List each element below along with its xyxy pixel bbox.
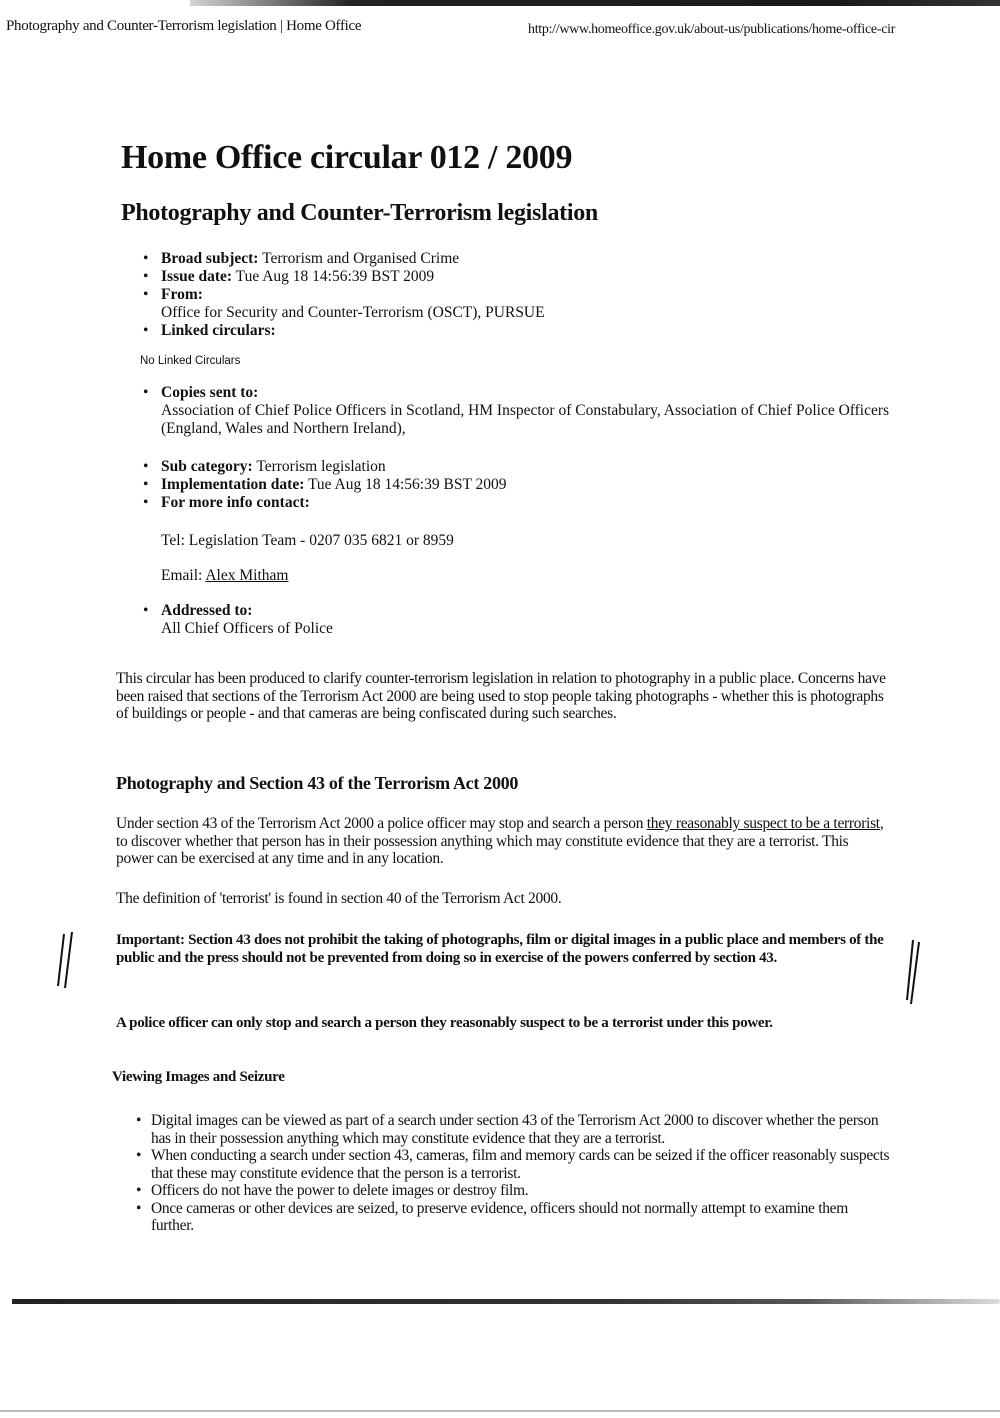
meta-label: Linked circulars: bbox=[161, 322, 276, 339]
meta-value: Terrorism legislation bbox=[256, 458, 385, 475]
meta-value: Office for Security and Counter-Terroris… bbox=[161, 304, 900, 322]
print-header-title: Photography and Counter-Terrorism legisl… bbox=[6, 18, 361, 35]
meta-more-info: For more info contact: bbox=[140, 494, 900, 512]
email-link[interactable]: Alex Mitham bbox=[205, 567, 288, 584]
meta-label: Broad subject: bbox=[161, 250, 258, 267]
important-notice: Important: Section 43 does not prohibit … bbox=[116, 932, 884, 967]
list-item: Once cameras or other devices are seized… bbox=[134, 1200, 894, 1235]
underlined-phrase: they reasonably suspect to be a terroris… bbox=[647, 815, 880, 832]
meta-from: From: Office for Security and Counter-Te… bbox=[140, 286, 900, 322]
meta-label: Sub category: bbox=[161, 458, 253, 475]
list-item: Officers do not have the power to delete… bbox=[134, 1182, 894, 1200]
meta-value: All Chief Officers of Police bbox=[161, 620, 900, 638]
circular-metadata: Broad subject: Terrorism and Organised C… bbox=[140, 250, 900, 638]
handwritten-mark-right-icon bbox=[895, 938, 925, 1008]
meta-broad-subject: Broad subject: Terrorism and Organised C… bbox=[140, 250, 900, 268]
contact-block: Tel: Legislation Team - 0207 035 6821 or… bbox=[140, 532, 900, 585]
meta-issue-date: Issue date: Tue Aug 18 14:56:39 BST 2009 bbox=[140, 268, 900, 286]
meta-value: Association of Chief Police Officers in … bbox=[161, 402, 900, 438]
linked-circulars-value: No Linked Circulars bbox=[140, 352, 900, 370]
list-item: Digital images can be viewed as part of … bbox=[134, 1112, 894, 1147]
contact-tel: Tel: Legislation Team - 0207 035 6821 or… bbox=[161, 532, 900, 550]
list-item: When conducting a search under section 4… bbox=[134, 1147, 894, 1182]
section-43-paragraph: Under section 43 of the Terrorism Act 20… bbox=[116, 815, 886, 868]
meta-label: Copies sent to: bbox=[161, 384, 258, 401]
viewing-bullets: Digital images can be viewed as part of … bbox=[134, 1112, 894, 1235]
meta-value: Tue Aug 18 14:56:39 BST 2009 bbox=[236, 268, 435, 285]
meta-implementation-date: Implementation date: Tue Aug 18 14:56:39… bbox=[140, 476, 900, 494]
email-label: Email: bbox=[161, 567, 202, 584]
terrorist-definition: The definition of 'terrorist' is found i… bbox=[116, 890, 886, 908]
page-title: Home Office circular 012 / 2009 bbox=[121, 139, 572, 177]
meta-value: Tue Aug 18 14:56:39 BST 2009 bbox=[308, 476, 507, 493]
section-43-heading: Photography and Section 43 of the Terror… bbox=[116, 773, 518, 794]
page-subtitle: Photography and Counter-Terrorism legisl… bbox=[121, 200, 598, 227]
contact-email: Email: Alex Mitham bbox=[161, 567, 900, 585]
meta-linked-circulars: Linked circulars: bbox=[140, 322, 900, 340]
meta-label: From: bbox=[161, 286, 203, 303]
scan-bottom-edge bbox=[0, 1410, 1000, 1412]
scan-edge-shadow bbox=[190, 0, 1000, 6]
meta-label: Issue date: bbox=[161, 268, 232, 285]
meta-copies-sent-to: Copies sent to: Association of Chief Pol… bbox=[140, 384, 900, 438]
meta-label: Implementation date: bbox=[161, 476, 304, 493]
intro-paragraph: This circular has been produced to clari… bbox=[116, 670, 886, 723]
meta-label: For more info contact: bbox=[161, 494, 310, 511]
footer-rule bbox=[12, 1299, 1000, 1304]
text-run: Under section 43 of the Terrorism Act 20… bbox=[116, 815, 647, 832]
viewing-heading: Viewing Images and Seizure bbox=[112, 1069, 285, 1086]
meta-sub-category: Sub category: Terrorism legislation bbox=[140, 458, 900, 476]
meta-addressed-to: Addressed to: All Chief Officers of Poli… bbox=[140, 602, 900, 638]
handwritten-mark-left-icon bbox=[52, 930, 82, 990]
stop-search-notice: A police officer can only stop and searc… bbox=[116, 1015, 876, 1033]
meta-value: Terrorism and Organised Crime bbox=[262, 250, 459, 267]
print-header-url: http://www.homeoffice.gov.uk/about-us/pu… bbox=[528, 22, 895, 38]
meta-label: Addressed to: bbox=[161, 602, 252, 619]
